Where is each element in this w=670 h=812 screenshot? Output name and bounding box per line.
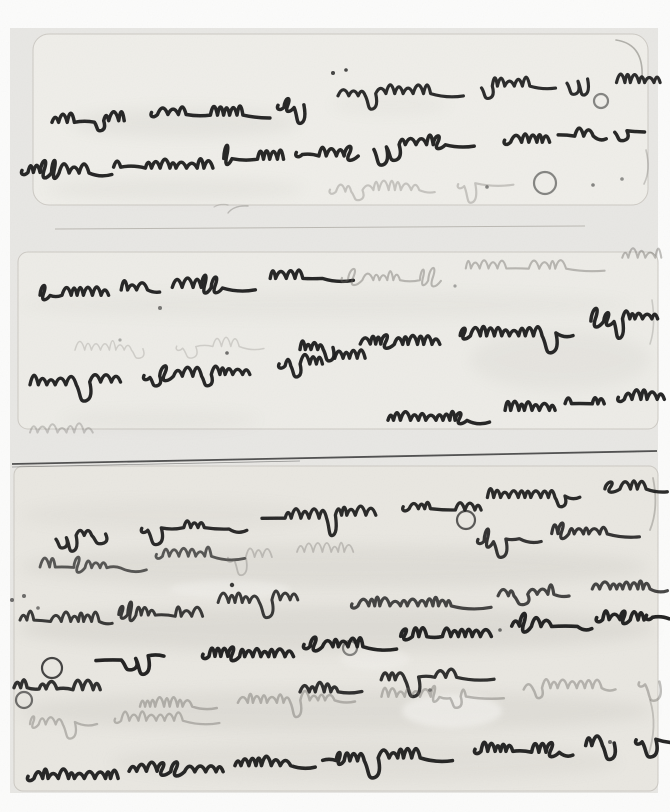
manuscript-plate-canvas <box>0 0 670 812</box>
plate-page <box>0 0 670 812</box>
film-grain <box>10 28 658 793</box>
